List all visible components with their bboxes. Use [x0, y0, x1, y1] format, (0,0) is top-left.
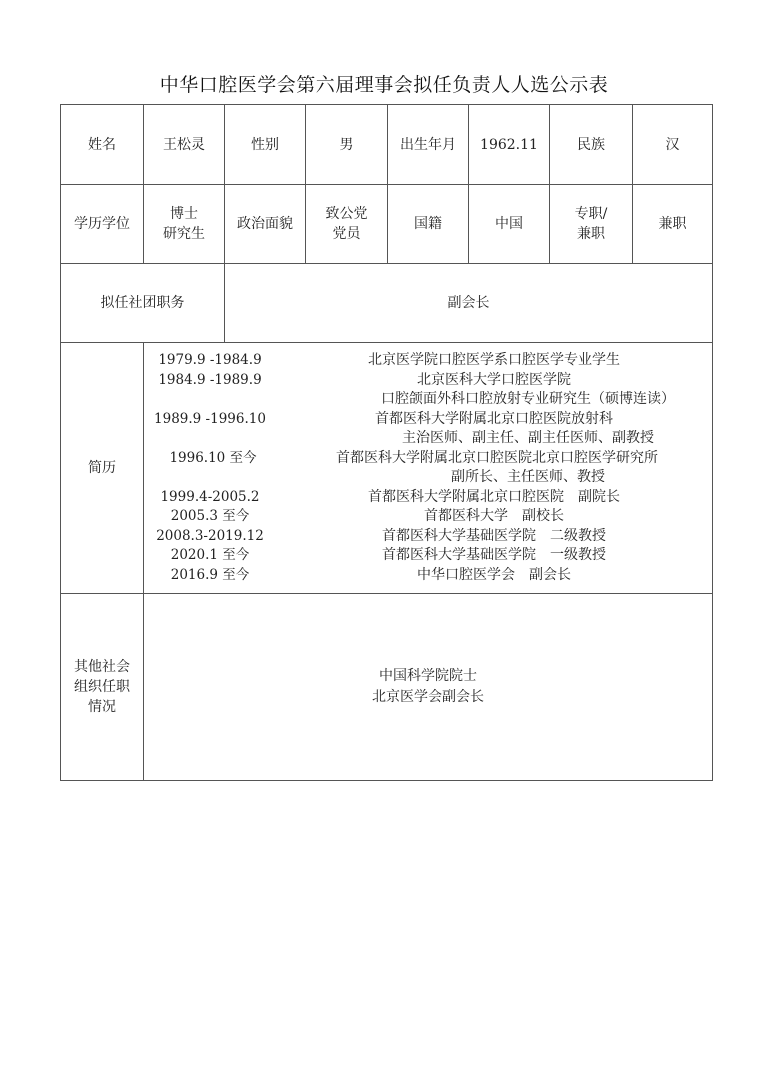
fulltime-label-line: 专职/ [550, 204, 632, 224]
gender-value: 男 [306, 105, 388, 185]
nationality-value: 中国 [469, 185, 550, 264]
nationality-label: 国籍 [388, 185, 469, 264]
resume-entry-text: 首都医科大学 副校长 [276, 507, 712, 527]
resume-entry-text: 北京医科大学口腔医学院 [276, 371, 712, 391]
resume-entry-date: 2016.9 至今 [144, 566, 276, 586]
resume-entry-text: 首都医科大学基础医学院 二级教授 [276, 527, 712, 547]
other-positions-content: 中国科学院院士 北京医学会副会长 [144, 594, 713, 781]
resume-entry-text: 首都医科大学基础医学院 一级教授 [276, 546, 712, 566]
resume-row: 简历 1979.9 -1984.9 北京医学院口腔医学系口腔医学专业学生 198… [61, 343, 713, 594]
resume-entry-continuation: 副所长、主任医师、教授 [144, 468, 712, 488]
resume-entry-date: 2005.3 至今 [144, 507, 276, 527]
resume-entry-date: 2008.3-2019.12 [144, 527, 276, 547]
other-positions-label-line: 组织任职 [61, 677, 143, 697]
resume-entry-date: 1979.9 -1984.9 [144, 351, 276, 371]
resume-entry-text: 北京医学院口腔医学系口腔医学专业学生 [276, 351, 712, 371]
other-positions-label: 其他社会 组织任职 情况 [61, 594, 144, 781]
resume-entry-continuation: 主治医师、副主任、副主任医师、副教授 [144, 429, 712, 449]
resume-entry: 1984.9 -1989.9 北京医科大学口腔医学院 [144, 371, 712, 391]
other-positions-row: 其他社会 组织任职 情况 中国科学院院士 北京医学会副会长 [61, 594, 713, 781]
proposed-position-label: 拟任社团职务 [61, 264, 225, 343]
education-value: 博士 研究生 [144, 185, 225, 264]
resume-entry: 1979.9 -1984.9 北京医学院口腔医学系口腔医学专业学生 [144, 351, 712, 371]
resume-entry-text: 首都医科大学附属北京口腔医院 副院长 [276, 488, 712, 508]
political-status-label: 政治面貌 [225, 185, 306, 264]
proposed-position-value: 副会长 [225, 264, 713, 343]
political-status-line: 致公党 [306, 204, 387, 224]
political-status-line: 党员 [306, 224, 387, 244]
resume-entry: 1999.4-2005.2 首都医科大学附属北京口腔医院 副院长 [144, 488, 712, 508]
resume-entry-text: 首都医科大学附属北京口腔医院放射科 [276, 410, 712, 430]
gender-label: 性别 [225, 105, 306, 185]
education-row: 学历学位 博士 研究生 政治面貌 致公党 党员 国籍 中国 专职/ 兼职 兼职 [61, 185, 713, 264]
fulltime-label-line: 兼职 [550, 224, 632, 244]
resume-entry-continuation: 口腔颌面外科口腔放射专业研究生（硕博连读） [144, 390, 712, 410]
birth-date-value: 1962.11 [469, 105, 550, 185]
political-status-value: 致公党 党员 [306, 185, 388, 264]
candidate-info-table: 姓名 王松灵 性别 男 出生年月 1962.11 民族 汉 学历学位 博士 研究… [60, 104, 713, 781]
other-positions-label-line: 其他社会 [61, 657, 143, 677]
education-value-line: 博士 [144, 204, 224, 224]
resume-entry: 2020.1 至今 首都医科大学基础医学院 一级教授 [144, 546, 712, 566]
resume-entry: 2005.3 至今 首都医科大学 副校长 [144, 507, 712, 527]
ethnicity-value: 汉 [633, 105, 713, 185]
resume-entry: 2008.3-2019.12 首都医科大学基础医学院 二级教授 [144, 527, 712, 547]
basic-info-row: 姓名 王松灵 性别 男 出生年月 1962.11 民族 汉 [61, 105, 713, 185]
other-positions-label-line: 情况 [61, 697, 143, 717]
resume-entry-date: 1996.10 至今 [144, 449, 282, 469]
resume-content: 1979.9 -1984.9 北京医学院口腔医学系口腔医学专业学生 1984.9… [144, 343, 713, 594]
resume-entry-date: 1999.4-2005.2 [144, 488, 276, 508]
education-label: 学历学位 [61, 185, 144, 264]
other-position-item: 北京医学会副会长 [144, 687, 712, 708]
name-value: 王松灵 [144, 105, 225, 185]
resume-label: 简历 [61, 343, 144, 594]
page-title: 中华口腔医学会第六届理事会拟任负责人人选公示表 [0, 70, 768, 97]
resume-entry: 1989.9 -1996.10 首都医科大学附属北京口腔医院放射科 [144, 410, 712, 430]
resume-entry-date: 2020.1 至今 [144, 546, 276, 566]
fulltime-parttime-value: 兼职 [633, 185, 713, 264]
resume-entry-text: 首都医科大学附属北京口腔医院北京口腔医学研究所 [282, 449, 712, 469]
birth-date-label: 出生年月 [388, 105, 469, 185]
resume-entry: 2016.9 至今 中华口腔医学会 副会长 [144, 566, 712, 586]
resume-entry-date: 1989.9 -1996.10 [144, 410, 276, 430]
ethnicity-label: 民族 [550, 105, 633, 185]
name-label: 姓名 [61, 105, 144, 185]
resume-entry-text: 中华口腔医学会 副会长 [276, 566, 712, 586]
other-position-item: 中国科学院院士 [144, 666, 712, 687]
education-value-line: 研究生 [144, 224, 224, 244]
position-row: 拟任社团职务 副会长 [61, 264, 713, 343]
fulltime-parttime-label: 专职/ 兼职 [550, 185, 633, 264]
resume-entry: 1996.10 至今 首都医科大学附属北京口腔医院北京口腔医学研究所 [144, 449, 712, 469]
resume-entry-date: 1984.9 -1989.9 [144, 371, 276, 391]
